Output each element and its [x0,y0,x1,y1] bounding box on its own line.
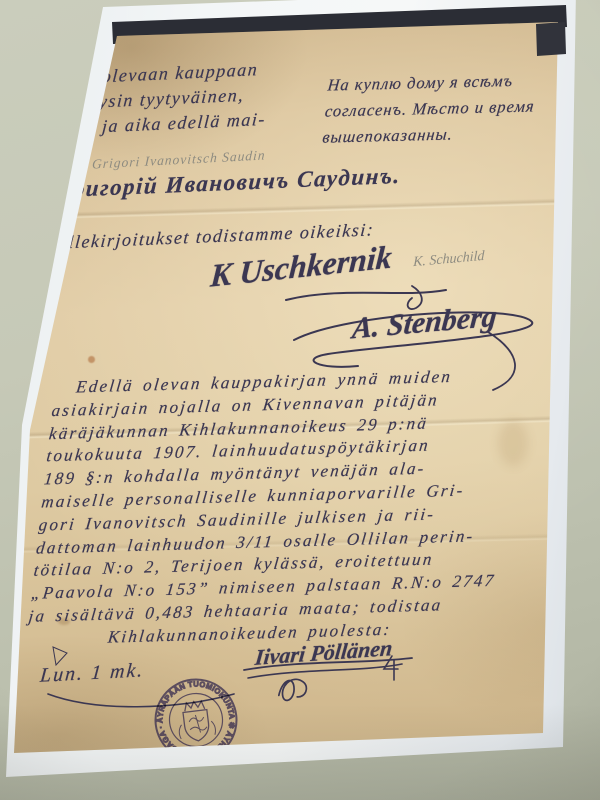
coat-of-arms [176,699,217,743]
ink-stain [88,356,95,363]
consent-text-russian: На куплю дому я всѣмъ согласенъ. Мѣсто и… [321,67,538,150]
flourish-stroke [294,312,532,366]
clerk-initials-scribble [268,664,339,713]
scribble-stroke [277,678,308,702]
registration-paragraph: Edellä olevan kauppakirjan ynnä muiden a… [25,364,520,651]
photo-of-document: Yllä olevaan kauppaan olen täysin tyytyv… [0,0,600,800]
witness-name-pencil: K. Schuchild [413,249,485,271]
ink-blot-mark [50,644,70,668]
consent-russian-line: вышепоказанны. [321,119,533,150]
lion-stroke [195,715,200,733]
seal-inner-ring [166,690,225,749]
ink-blot-shape [53,647,67,665]
shield-shape [183,710,210,743]
consent-russian-line: согласенъ. Мѣсто и время [324,93,536,124]
